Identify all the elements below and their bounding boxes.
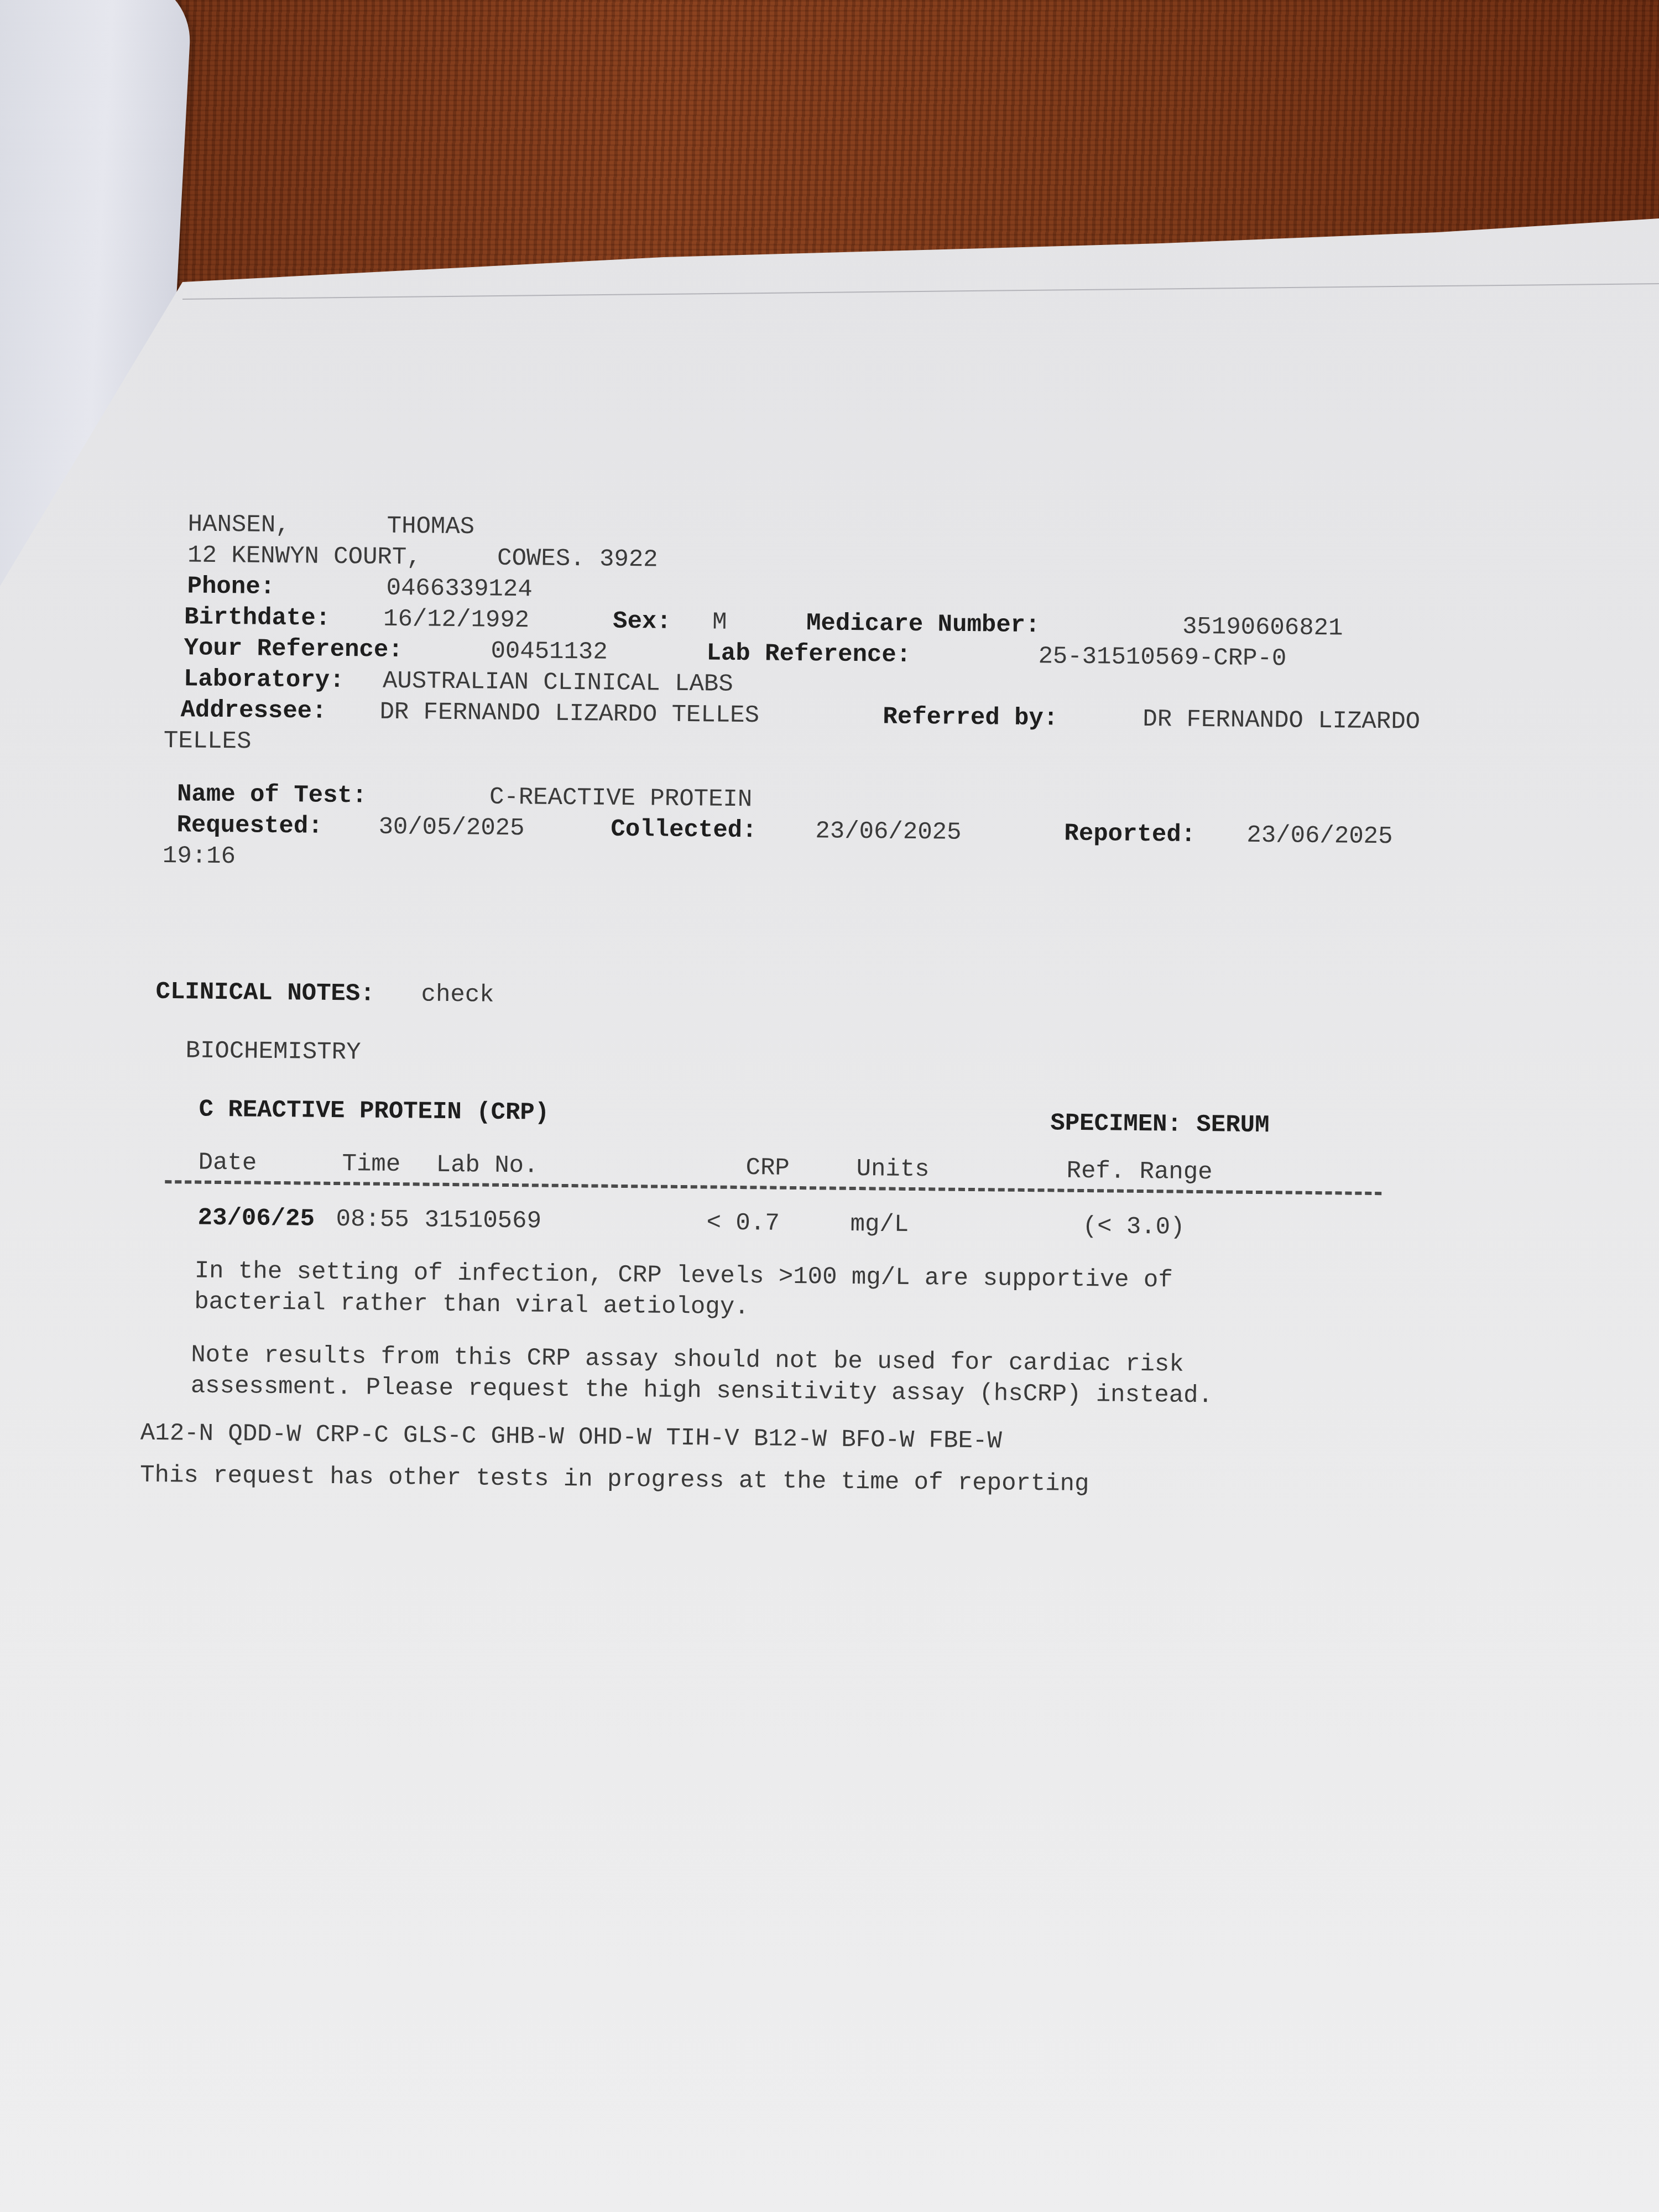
sex-label: Sex: <box>613 606 671 638</box>
birthdate-value: 16/12/1992 <box>383 604 530 637</box>
laboratory-value: AUSTRALIAN CLINICAL LABS <box>383 666 733 700</box>
patient-suburb: COWES. 3922 <box>497 543 658 576</box>
medicare-label: Medicare Number: <box>806 608 1040 641</box>
col-crp: CRP <box>745 1152 790 1184</box>
patient-given-name: THOMAS <box>387 511 474 543</box>
department-heading: BIOCHEMISTRY <box>185 1035 361 1068</box>
phone-label: Phone: <box>187 571 275 603</box>
collected-label: Collected: <box>611 814 757 847</box>
requested-value: 30/05/2025 <box>378 812 525 844</box>
result-section-title: C REACTIVE PROTEIN (CRP) <box>199 1094 549 1129</box>
assay-note: Note results from this CRP assay should … <box>191 1340 1408 1413</box>
referred-by-value: DR FERNANDO LIZARDO <box>1142 704 1420 738</box>
referred-by-label: Referred by: <box>883 701 1058 734</box>
row-time: 08:55 <box>336 1204 409 1235</box>
addressee-label: Addressee: <box>180 695 327 727</box>
clinical-notes-label: CLINICAL NOTES: <box>155 977 375 1010</box>
referred-by-wrap: TELLES <box>164 726 252 758</box>
pathology-report: HANSEN, THOMAS 12 KENWYN COURT, COWES. 3… <box>156 509 1521 1504</box>
row-lab-no: 31510569 <box>424 1205 541 1237</box>
col-units: Units <box>856 1154 930 1185</box>
collected-value: 23/06/2025 <box>815 816 962 848</box>
lab-reference-label: Lab Reference: <box>706 638 911 671</box>
reported-label: Reported: <box>1064 818 1196 851</box>
row-date: 23/06/25 <box>197 1203 315 1235</box>
reported-time: 19:16 <box>163 841 236 872</box>
your-reference-value: 00451132 <box>491 636 608 668</box>
col-ref-range: Ref. Range <box>1066 1156 1213 1188</box>
patient-address: 12 KENWYN COURT, <box>187 540 421 573</box>
interpretation-note: In the setting of infection, CRP levels … <box>194 1256 1411 1329</box>
reported-value: 23/06/2025 <box>1246 820 1393 853</box>
sex-value: M <box>712 607 727 638</box>
test-name-label: Name of Test: <box>177 779 367 811</box>
row-units: mg/L <box>850 1209 909 1240</box>
laboratory-label: Laboratory: <box>184 664 345 696</box>
requested-label: Requested: <box>176 810 323 842</box>
row-ref-range: (< 3.0) <box>1082 1211 1185 1243</box>
your-reference-label: Your Reference: <box>184 633 403 666</box>
col-lab-no: Lab No. <box>436 1150 538 1182</box>
test-name-value: C-REACTIVE PROTEIN <box>489 782 753 816</box>
row-crp-value: < 0.7 <box>706 1207 780 1239</box>
addressee-value: DR FERNANDO LIZARDO TELLES <box>379 697 759 732</box>
phone-value: 0466339124 <box>386 573 533 606</box>
specimen-label: SPECIMEN: SERUM <box>1050 1108 1270 1141</box>
lab-reference-value: 25-31510569-CRP-0 <box>1038 641 1286 674</box>
col-time: Time <box>342 1149 400 1180</box>
patient-surname: HANSEN, <box>187 509 290 541</box>
medicare-value: 35190606821 <box>1182 612 1343 644</box>
col-date: Date <box>198 1147 257 1179</box>
birthdate-label: Birthdate: <box>184 602 331 634</box>
clinical-notes-value: check <box>421 979 494 1010</box>
